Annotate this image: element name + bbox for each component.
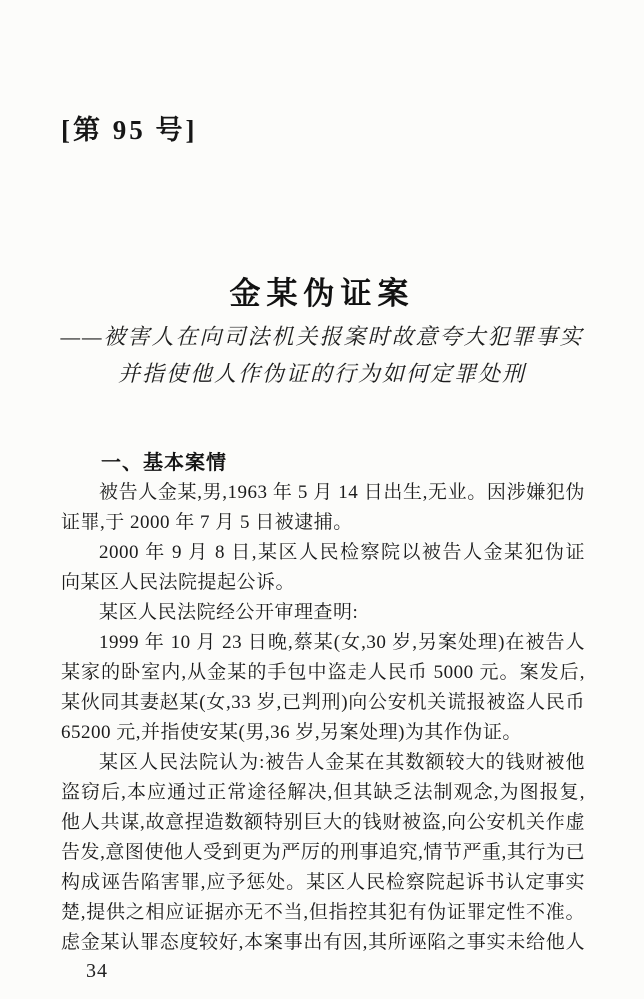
case-body: 一、基本案情 被告人金某,男,1963 年 5 月 14 日出生,无业。因涉嫌犯… bbox=[61, 448, 585, 958]
body-line: 65200 元,并指使安某(男,36 岁,另案处理)为其作伪证。 bbox=[61, 718, 585, 748]
body-line: 虑金某认罪态度较好,本案事出有因,其所诬陷之事实未给他人造 bbox=[61, 928, 585, 958]
body-line: 某伙同其妻赵某(女,33 岁,已判刑)向公安机关谎报被盗人民币 bbox=[61, 688, 585, 718]
subtitle-line-1: ——被害人在向司法机关报案时故意夸大犯罪事实 bbox=[0, 318, 644, 355]
body-line: 向某区人民法院提起公诉。 bbox=[61, 568, 585, 598]
body-line: 某区人民法院认为:被告人金某在其数额较大的钱财被他人 bbox=[61, 748, 585, 778]
section-heading: 一、基本案情 bbox=[61, 448, 585, 478]
body-line: 楚,提供之相应证据亦无不当,但指控其犯有伪证罪定性不准。考 bbox=[61, 898, 585, 928]
paragraph: 1999 年 10 月 23 日晚,蔡某(女,30 岁,另案处理)在被告人金某家… bbox=[61, 628, 585, 748]
body-line: 证罪,于 2000 年 7 月 5 日被逮捕。 bbox=[61, 508, 585, 538]
body-line: 被告人金某,男,1963 年 5 月 14 日出生,无业。因涉嫌犯伪 bbox=[61, 478, 585, 508]
body-line: 某家的卧室内,从金某的手包中盗走人民币 5000 元。案发后,金 bbox=[61, 658, 585, 688]
body-line: 他人共谋,故意捏造数额特别巨大的钱财被盗,向公安机关作虚假 bbox=[61, 808, 585, 838]
paragraph: 2000 年 9 月 8 日,某区人民检察院以被告人金某犯伪证罪,向某区人民法院… bbox=[61, 538, 585, 598]
case-number: [第 95 号] bbox=[61, 108, 197, 147]
body-line: 2000 年 9 月 8 日,某区人民检察院以被告人金某犯伪证罪, bbox=[61, 538, 585, 568]
subtitle-line-2: 并指使他人作伪证的行为如何定罪处刑 bbox=[0, 355, 644, 392]
paragraphs-container: 被告人金某,男,1963 年 5 月 14 日出生,无业。因涉嫌犯伪证罪,于 2… bbox=[61, 478, 585, 958]
body-line: 盗窃后,本应通过正常途径解决,但其缺乏法制观念,为图报复,与 bbox=[61, 778, 585, 808]
body-line: 1999 年 10 月 23 日晚,蔡某(女,30 岁,另案处理)在被告人金 bbox=[61, 628, 585, 658]
body-line: 构成诬告陷害罪,应予惩处。某区人民检察院起诉书认定事实清 bbox=[61, 868, 585, 898]
paragraph: 某区人民法院经公开审理查明: bbox=[61, 598, 585, 628]
case-subtitle: ——被害人在向司法机关报案时故意夸大犯罪事实 并指使他人作伪证的行为如何定罪处刑 bbox=[0, 318, 644, 392]
case-title: 金某伪证案 bbox=[0, 268, 644, 313]
paragraph: 某区人民法院认为:被告人金某在其数额较大的钱财被他人盗窃后,本应通过正常途径解决… bbox=[61, 748, 585, 958]
page-number: 34 bbox=[86, 960, 108, 983]
document-page: [第 95 号] 金某伪证案 ——被害人在向司法机关报案时故意夸大犯罪事实 并指… bbox=[0, 0, 644, 999]
paragraph: 被告人金某,男,1963 年 5 月 14 日出生,无业。因涉嫌犯伪证罪,于 2… bbox=[61, 478, 585, 538]
body-line: 某区人民法院经公开审理查明: bbox=[61, 598, 585, 628]
body-line: 告发,意图使他人受到更为严厉的刑事追究,情节严重,其行为已 bbox=[61, 838, 585, 868]
